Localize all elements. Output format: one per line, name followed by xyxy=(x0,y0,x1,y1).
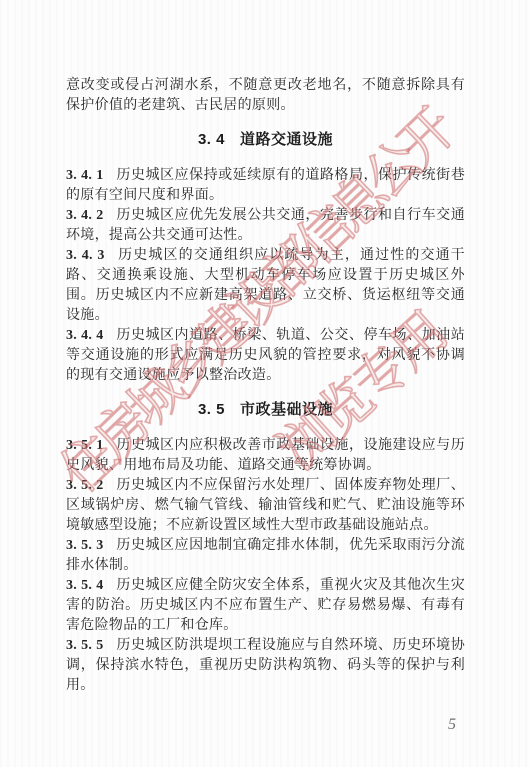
clause-number: 3. 5. 3 xyxy=(66,538,104,553)
clause-number: 3. 4. 4 xyxy=(66,328,104,343)
clause-number: 3. 4. 2 xyxy=(66,208,104,223)
clause-3-5-1: 3. 5. 1历史城区内应积极改善市政基础设施，设施建设应与历史风貌、用地布局及… xyxy=(66,436,465,476)
clause-text: 历史城区内应积极改善市政基础设施，设施建设应与历史风貌、用地布局及功能、道路交通… xyxy=(66,438,465,473)
clause-3-4-4: 3. 4. 4历史城区内道路、桥梁、轨道、公交、停车场、加油站等交通设施的形式应… xyxy=(66,326,465,386)
clause-3-4-1: 3. 4. 1历史城区应保持或延续原有的道路格局，保护传统街巷的原有空间尺度和界… xyxy=(66,166,465,206)
clause-number: 3. 5. 1 xyxy=(66,438,104,453)
section-title: 道路交通设施 xyxy=(240,131,333,148)
clause-text: 历史城区应因地制宜确定排水体制，优先采取雨污分流排水体制。 xyxy=(66,538,465,573)
clause-text: 历史城区防洪堤坝工程设施应与自然环境、历史环境协调，保持滨水特色，重视历史防洪构… xyxy=(66,638,465,693)
clause-number: 3. 4. 3 xyxy=(66,248,105,263)
clause-3-5-2: 3. 5. 2历史城区内不应保留污水处理厂、固体废弃物处理厂、区域锅炉房、燃气输… xyxy=(66,476,465,536)
continuation-paragraph: 意改变或侵占河湖水系，不随意更改老地名，不随意拆除具有保护价值的老建筑、古民居的… xyxy=(66,76,465,116)
clause-text: 历史城区的交通组织应以疏导为主，通过性的交通干路、交通换乘设施、大型机动车停车场… xyxy=(66,248,465,323)
page-content: 意改变或侵占河湖水系，不随意更改老地名，不随意拆除具有保护价值的老建筑、古民居的… xyxy=(66,76,465,696)
clause-text: 历史城区内不应保留污水处理厂、固体废弃物处理厂、区域锅炉房、燃气输气管线、输油管… xyxy=(66,478,465,533)
clause-text: 历史城区应保持或延续原有的道路格局，保护传统街巷的原有空间尺度和界面。 xyxy=(66,168,465,203)
clause-text: 历史城区应优先发展公共交通，完善步行和自行车交通环境，提高公共交通可达性。 xyxy=(66,208,465,243)
clause-number: 3. 4. 1 xyxy=(66,168,104,183)
section-title: 市政基础设施 xyxy=(240,401,333,418)
page-number: 5 xyxy=(448,716,456,734)
clause-3-5-3: 3. 5. 3历史城区应因地制宜确定排水体制，优先采取雨污分流排水体制。 xyxy=(66,536,465,576)
section-number: 3. 4 xyxy=(198,131,225,148)
clause-3-5-5: 3. 5. 5历史城区防洪堤坝工程设施应与自然环境、历史环境协调，保持滨水特色，… xyxy=(66,636,465,696)
clause-number: 3. 5. 4 xyxy=(66,578,104,593)
clause-text: 历史城区内道路、桥梁、轨道、公交、停车场、加油站等交通设施的形式应满足历史风貌的… xyxy=(66,328,465,383)
section-heading-3-4: 3. 4道路交通设施 xyxy=(66,116,465,166)
clause-text: 历史城区应健全防灾安全体系，重视火灾及其他次生灾害的防治。历史城区内不应布置生产… xyxy=(66,578,465,633)
section-number: 3. 5 xyxy=(198,401,225,418)
document-page: 意改变或侵占河湖水系，不随意更改老地名，不随意拆除具有保护价值的老建筑、古民居的… xyxy=(0,0,529,767)
clause-3-5-4: 3. 5. 4历史城区应健全防灾安全体系，重视火灾及其他次生灾害的防治。历史城区… xyxy=(66,576,465,636)
clause-3-4-2: 3. 4. 2历史城区应优先发展公共交通，完善步行和自行车交通环境，提高公共交通… xyxy=(66,206,465,246)
section-heading-3-5: 3. 5市政基础设施 xyxy=(66,386,465,436)
clause-number: 3. 5. 5 xyxy=(66,638,104,653)
clause-number: 3. 5. 2 xyxy=(66,478,104,493)
clause-3-4-3: 3. 4. 3历史城区的交通组织应以疏导为主，通过性的交通干路、交通换乘设施、大… xyxy=(66,246,465,326)
